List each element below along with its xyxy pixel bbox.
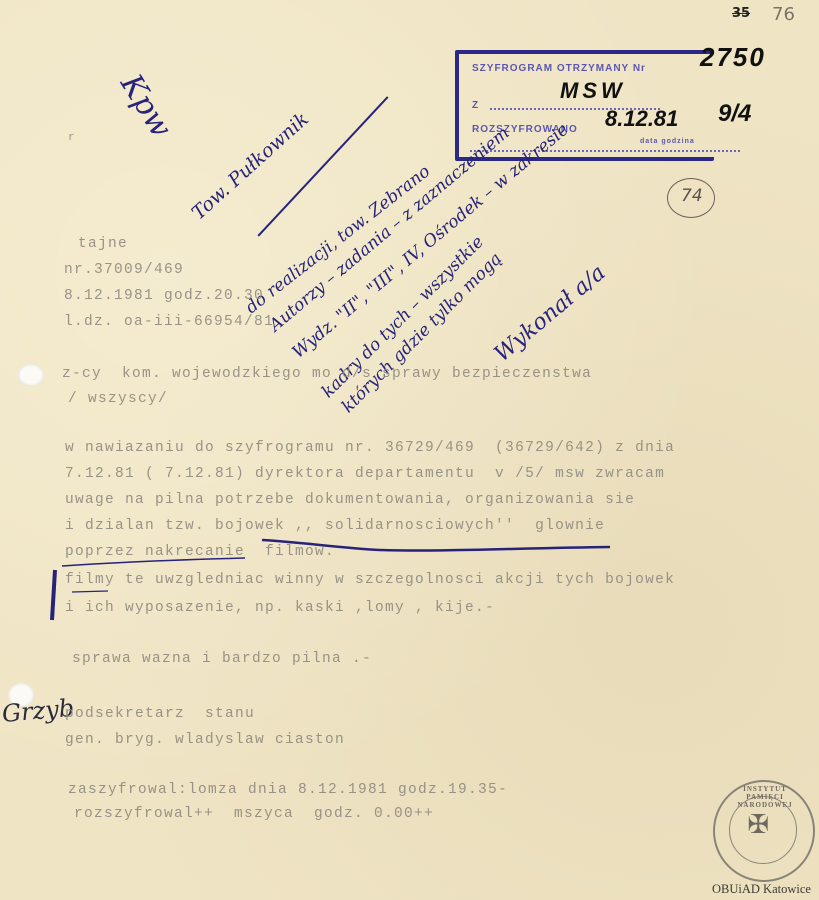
signer-title: podsekretarz stanu (65, 706, 255, 722)
signer-name: gen. bryg. wladyslaw ciaston (65, 732, 345, 748)
ink-underlines (0, 0, 819, 900)
eagle-emblem-icon: ✠ (748, 808, 768, 842)
encrypted-line: zaszyfrowal:lomza dnia 8.12.1981 godz.19… (68, 782, 508, 798)
decrypted-line: rozszyfrowal++ mszyca godz. 0.00++ (74, 806, 434, 822)
closing-text: sprawa wazna i bardzo pilna .- (72, 651, 372, 667)
archive-label: OBUiAD Katowice (712, 882, 811, 897)
ipn-round-stamp: INSTYTUT PAMIĘCI NARODOWEJ ✠ (713, 780, 815, 882)
